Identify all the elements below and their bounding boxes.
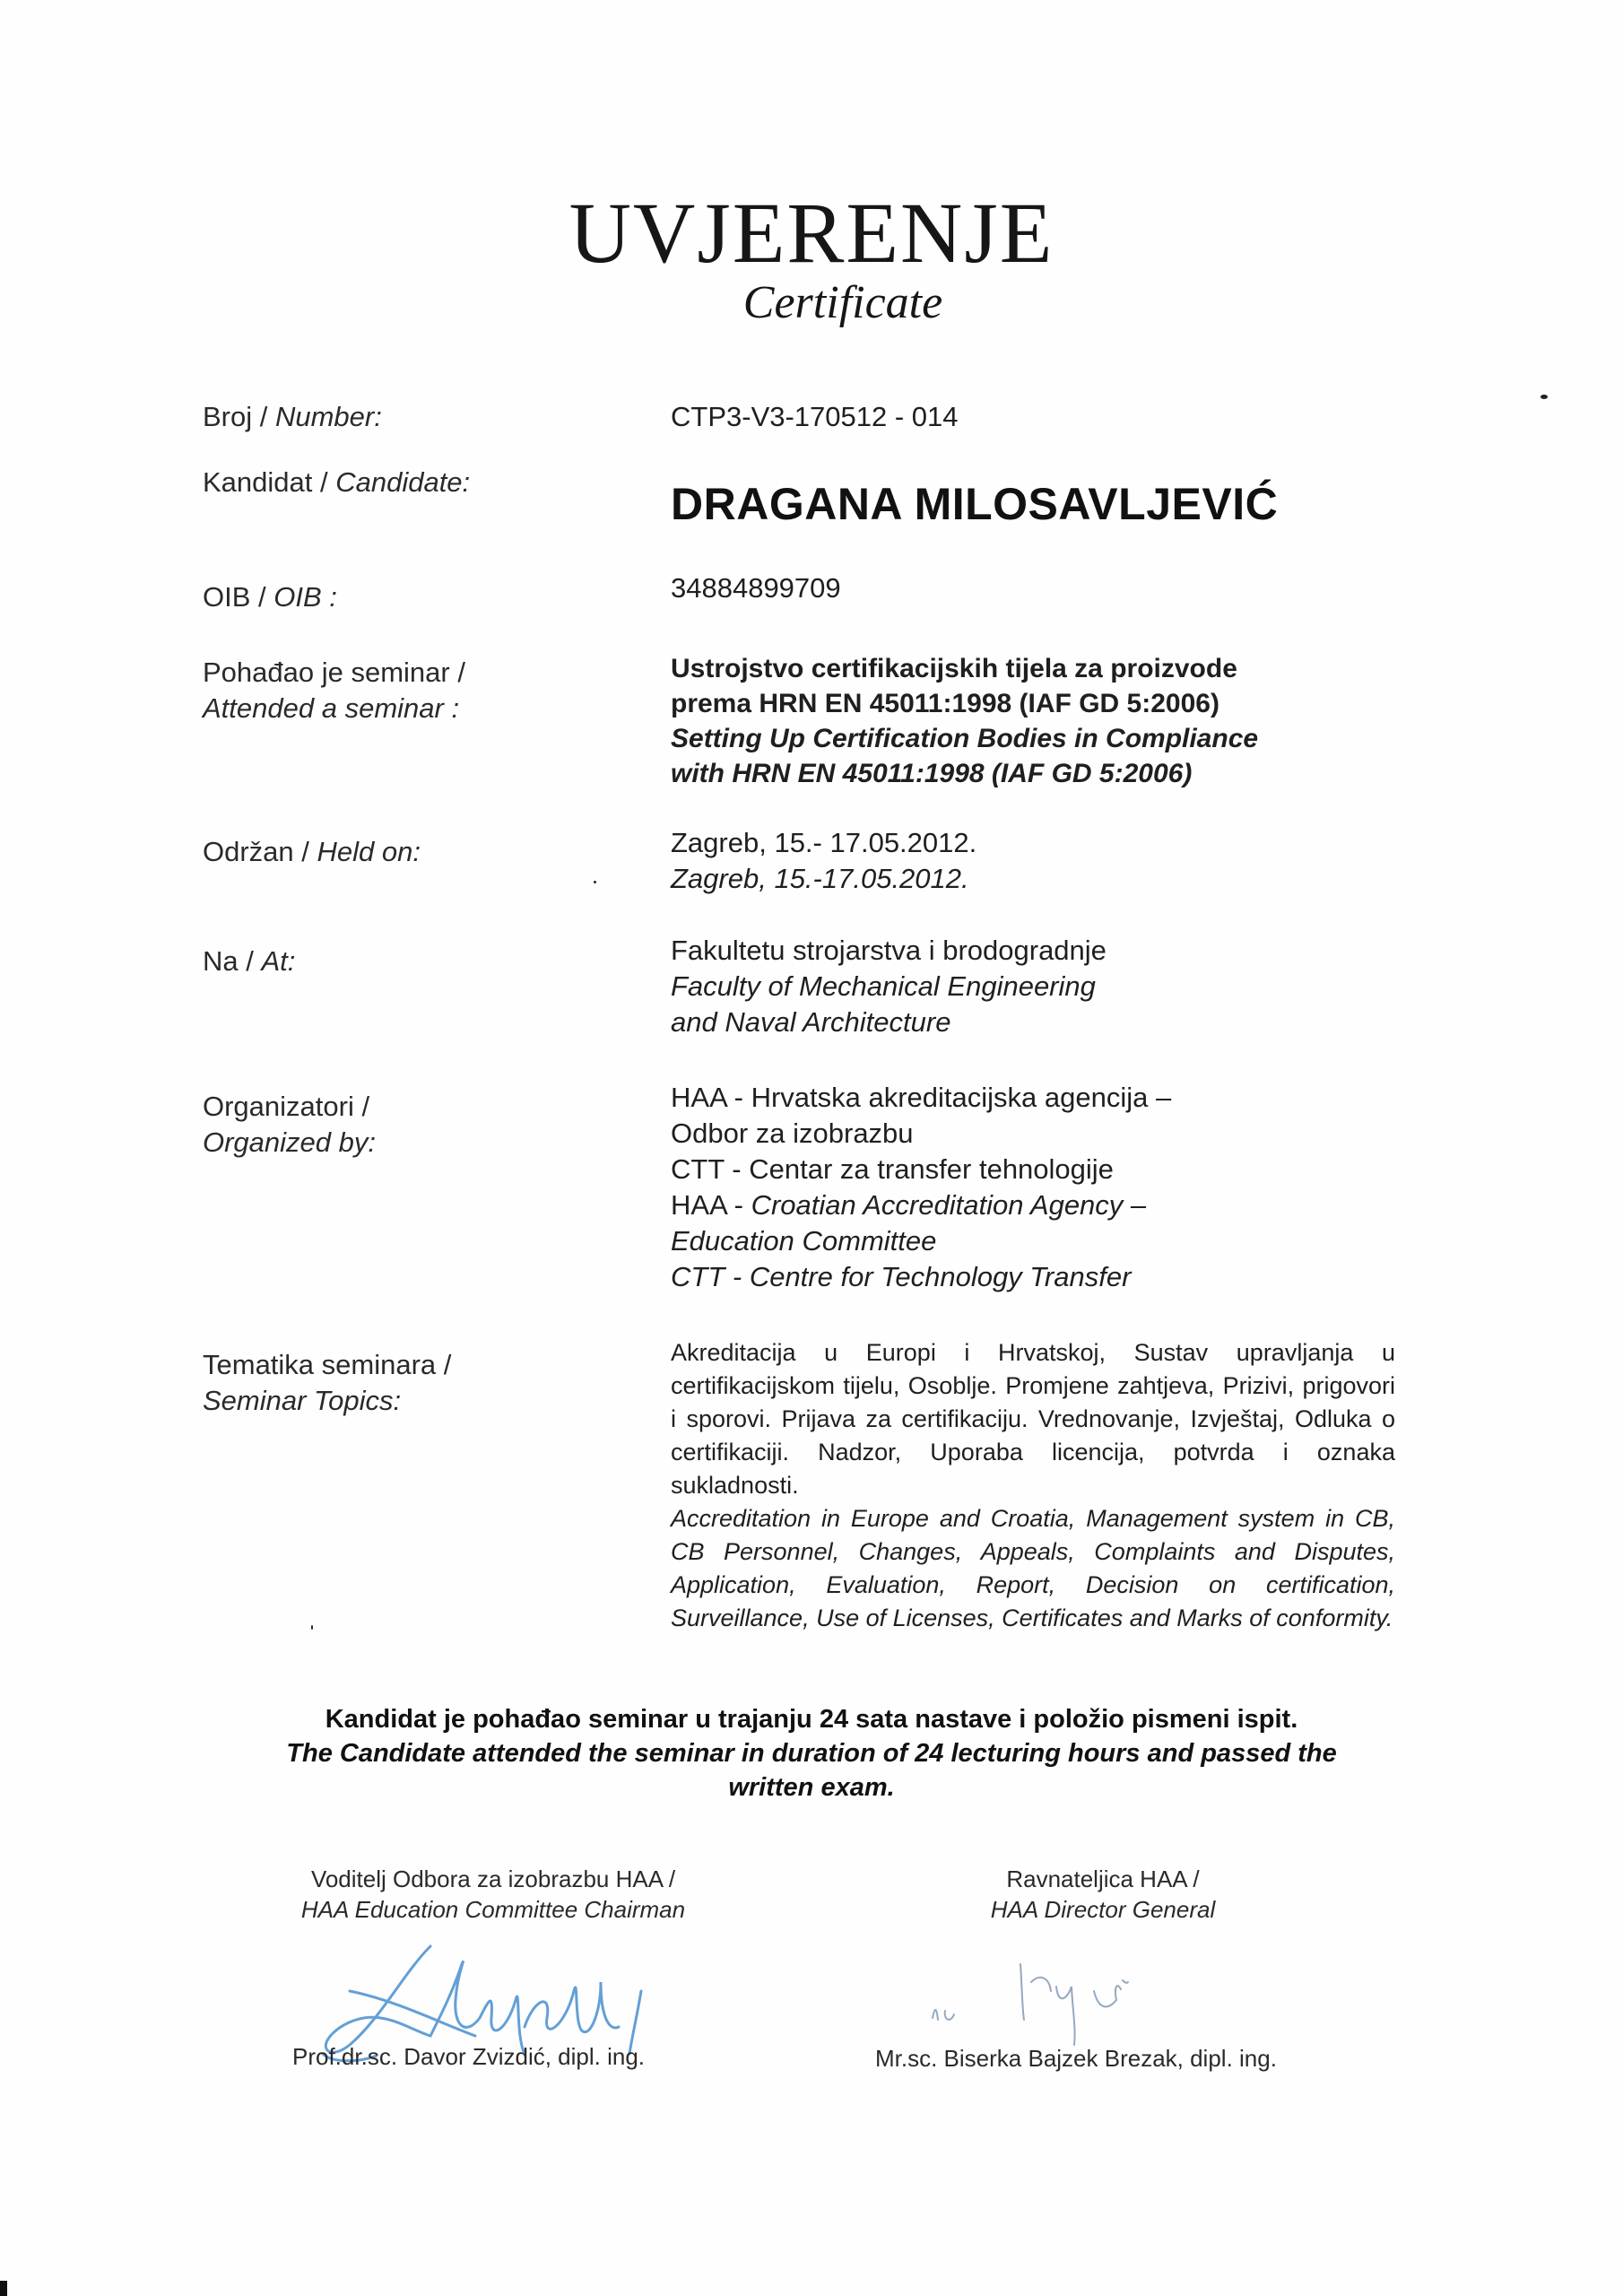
- seminar-title-en-line2: with HRN EN 45011:1998 (IAF GD 5:2006): [671, 756, 1406, 791]
- signatory-right-title-en: HAA Director General: [861, 1894, 1345, 1925]
- seminar-title-en-line1: Setting Up Certification Bodies in Compl…: [671, 721, 1406, 756]
- seminar-title-hr-line2: prema HRN EN 45011:1998 (IAF GD 5:2006): [671, 686, 1406, 721]
- field-organizers-label: Organizatori / Organized by:: [203, 1089, 633, 1161]
- organizer-line: CTT - Centar za transfer tehnologije: [671, 1152, 1406, 1187]
- label-en: Organized by:: [203, 1126, 376, 1158]
- field-number-label: Broj / Number:: [203, 399, 633, 435]
- seminar-title-hr-line1: Ustrojstvo certifikacijskih tijela za pr…: [671, 651, 1406, 686]
- field-oib-label: OIB / OIB :: [203, 579, 633, 615]
- statement-en-line2: written exam.: [0, 1770, 1623, 1805]
- label-en: At:: [261, 945, 295, 977]
- statement-en-line1: The Candidate attended the seminar in du…: [0, 1736, 1623, 1770]
- held-on-en: Zagreb, 15.-17.05.2012.: [671, 861, 1406, 897]
- label-en: OIB :: [273, 581, 337, 613]
- oib-value: 34884899709: [671, 570, 1406, 606]
- organizer-line: Education Committee: [671, 1223, 1406, 1259]
- label-en: Candidate:: [335, 466, 470, 498]
- held-on-value: Zagreb, 15.- 17.05.2012. Zagreb, 15.-17.…: [671, 825, 1406, 897]
- topics-hr: Akreditacija u Europi i Hrvatskoj, Susta…: [671, 1336, 1395, 1502]
- organizer-line: HAA - Hrvatska akreditacijska agencija –: [671, 1080, 1406, 1116]
- signatory-left-title-en: HAA Education Committee Chairman: [251, 1894, 735, 1925]
- document-title: UVJERENJE: [0, 190, 1623, 276]
- label-en: Held on:: [317, 836, 421, 867]
- field-topics-label: Tematika seminara / Seminar Topics:: [203, 1347, 633, 1419]
- label-hr: Organizatori /: [203, 1089, 633, 1125]
- topics-value: Akreditacija u Europi i Hrvatskoj, Susta…: [671, 1336, 1395, 1635]
- label-hr: Broj /: [203, 401, 275, 432]
- seminar-title: Ustrojstvo certifikacijskih tijela za pr…: [671, 651, 1406, 791]
- organizers-list: HAA - Hrvatska akreditacijska agencija –…: [671, 1080, 1406, 1295]
- topics-en: Accreditation in Europe and Croatia, Man…: [671, 1502, 1395, 1635]
- signatory-right-name: Mr.sc. Biserka Bajzek Brezak, dipl. ing.: [875, 2045, 1277, 2073]
- handwritten-signature-right: [915, 1955, 1255, 2054]
- field-held-on-label: Održan / Held on:: [203, 834, 633, 870]
- label-en: Number:: [275, 401, 382, 432]
- label-hr: Pohađao je seminar /: [203, 655, 633, 691]
- organizer-line: HAA - Croatian Accreditation Agency –: [671, 1187, 1406, 1223]
- venue-hr: Fakultetu strojarstva i brodogradnje: [671, 933, 1406, 969]
- statement-hr: Kandidat je pohađao seminar u trajanju 2…: [0, 1702, 1623, 1736]
- label-en: Seminar Topics:: [203, 1385, 401, 1416]
- certificate-number: CTP3-V3-170512 - 014: [671, 399, 1406, 435]
- label-hr: Na /: [203, 945, 261, 977]
- signatory-left-name: Prof.dr.sc. Davor Zvizdić, dipl. ing.: [292, 2043, 645, 2071]
- scan-speck: [311, 1625, 313, 1630]
- venue-en-line1: Faculty of Mechanical Engineering: [671, 969, 1406, 1004]
- scan-speck: [594, 881, 596, 883]
- scan-speck: [1541, 395, 1548, 399]
- field-candidate-label: Kandidat / Candidate:: [203, 465, 633, 500]
- label-hr: Održan /: [203, 836, 317, 867]
- venue-value: Fakultetu strojarstva i brodogradnje Fac…: [671, 933, 1406, 1040]
- signatory-left-title: Voditelj Odbora za izobrazbu HAA / HAA E…: [251, 1864, 735, 1925]
- organizer-line: Odbor za izobrazbu: [671, 1116, 1406, 1152]
- certificate-page: UVJERENJE Certificate Broj / Number: CTP…: [0, 0, 1623, 2296]
- label-hr: Tematika seminara /: [203, 1347, 633, 1383]
- organizer-line: CTT - Centre for Technology Transfer: [671, 1259, 1406, 1295]
- signatory-right-title-hr: Ravnateljica HAA /: [861, 1864, 1345, 1894]
- field-at-label: Na / At:: [203, 944, 633, 979]
- label-hr: Kandidat /: [203, 466, 335, 498]
- signatory-left-title-hr: Voditelj Odbora za izobrazbu HAA /: [251, 1864, 735, 1894]
- document-subtitle: Certificate: [0, 280, 1623, 326]
- completion-statement: Kandidat je pohađao seminar u trajanju 2…: [0, 1702, 1623, 1805]
- signatory-right-title: Ravnateljica HAA / HAA Director General: [861, 1864, 1345, 1925]
- venue-en-line2: and Naval Architecture: [671, 1004, 1406, 1040]
- candidate-name: DRAGANA MILOSAVLJEVIĆ: [671, 477, 1406, 531]
- held-on-hr: Zagreb, 15.- 17.05.2012.: [671, 825, 1406, 861]
- label-hr: OIB /: [203, 581, 273, 613]
- label-en: Attended a seminar :: [203, 692, 459, 724]
- scan-edge-mark: [0, 2281, 7, 2296]
- field-seminar-label: Pohađao je seminar / Attended a seminar …: [203, 655, 633, 726]
